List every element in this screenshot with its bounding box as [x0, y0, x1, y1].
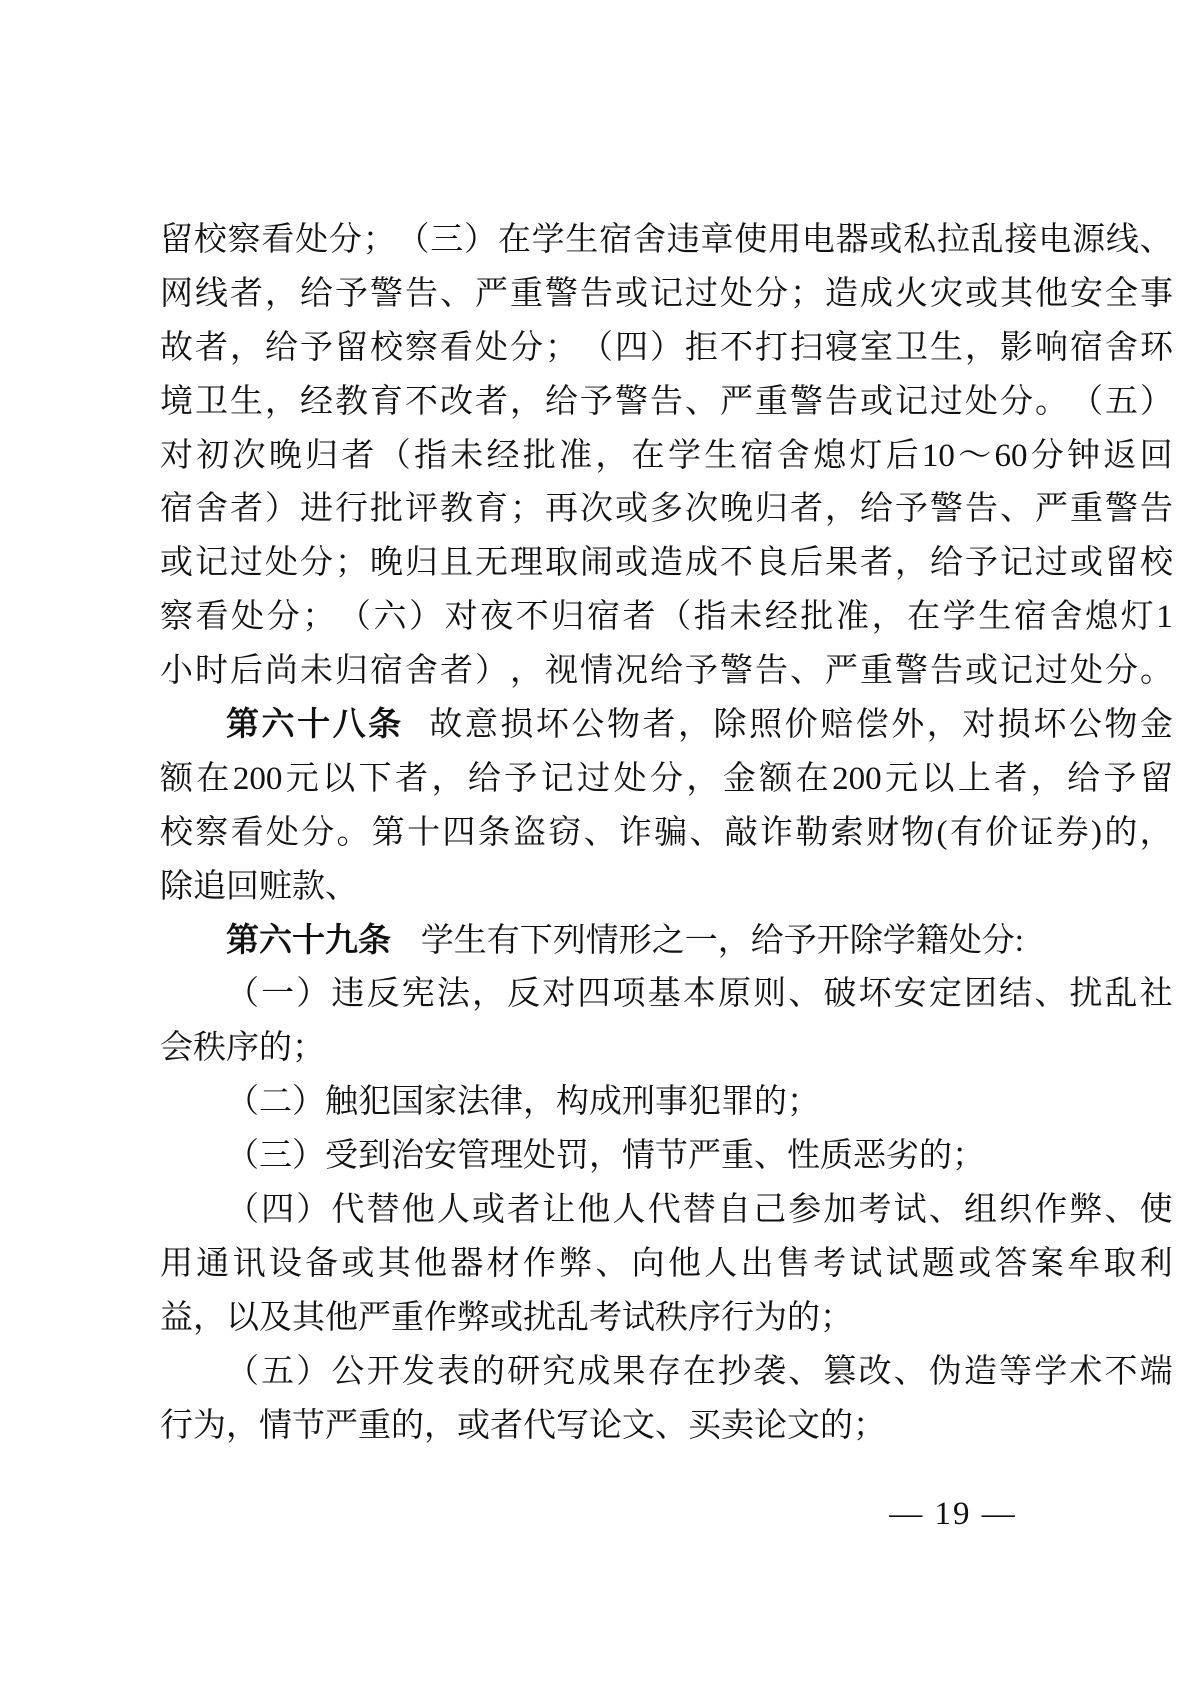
text-run: 价 [785, 699, 818, 753]
text-run: 记 [195, 537, 228, 591]
text-run: ， [1140, 807, 1173, 861]
text-run: 法 [437, 968, 470, 1022]
text-run: 未 [300, 645, 333, 699]
text-run: 无 [475, 537, 508, 591]
text-run: 接 [1005, 214, 1038, 268]
text-run: 宿 [160, 483, 193, 537]
text-run: 不 [720, 322, 753, 376]
text-run: 给 [300, 268, 333, 322]
text-run: 上 [958, 753, 991, 807]
text-run: 给 [468, 753, 501, 807]
text-run: 钟 [1067, 430, 1100, 484]
text-run: 使 [1140, 1184, 1173, 1238]
text-run: 元 [885, 753, 918, 807]
text-run: ， [230, 322, 263, 376]
text-run: 小 [160, 645, 193, 699]
text-run: 晚 [370, 537, 403, 591]
text-run: 回 [1140, 430, 1173, 484]
text-run: 分 [510, 322, 543, 376]
text-run: 宿 [1070, 322, 1103, 376]
page-number: — 19 — [828, 1494, 1078, 1534]
text-run: 公 [331, 1346, 364, 1400]
text-run: 勒 [795, 807, 828, 861]
article-number: 八 [333, 699, 366, 753]
text-run: 生 [230, 376, 263, 430]
text-run: 结 [999, 968, 1032, 1022]
text-run: 、 [788, 1346, 821, 1400]
text-run: 、 [1105, 1184, 1138, 1238]
text-run: 响 [1035, 322, 1068, 376]
text-run: 反 [367, 968, 400, 1022]
text-run: 篡 [823, 1346, 856, 1400]
text-run: 、 [1000, 483, 1033, 537]
text-run: 分 [267, 591, 300, 645]
text-run: 舍 [1105, 322, 1138, 376]
text-run: 育 [475, 483, 508, 537]
text-run: 其 [378, 1238, 411, 1292]
text-run: 室 [860, 322, 893, 376]
text-run: 向 [632, 1238, 665, 1292]
text-run: 出 [741, 1238, 774, 1292]
text-run: 不 [516, 591, 549, 645]
text-run: 灯 [1121, 591, 1154, 645]
text-run: 过 [685, 268, 718, 322]
text-run: 扫 [790, 322, 823, 376]
text-run: 舍 [633, 214, 666, 268]
text-run: 用 [160, 1238, 193, 1292]
text-run: 且 [440, 537, 473, 591]
text-run: 本 [683, 968, 716, 1022]
text-run: 警 [720, 645, 753, 699]
text-run: 准 [836, 591, 869, 645]
text-run: 学 [1034, 1346, 1067, 1400]
text-run: 或 [160, 537, 193, 591]
text-line: （一）违反宪法，反对四项基本原则、破坏安定团结、扰乱社 [160, 968, 1173, 1022]
text-run: 改 [859, 1346, 892, 1400]
text-run: 者 [395, 753, 428, 807]
text-run: 境 [160, 376, 193, 430]
text-run: 校 [370, 322, 403, 376]
text-run: 使 [734, 214, 767, 268]
text-run: 者 [475, 376, 508, 430]
text-run: 舍 [1049, 591, 1082, 645]
text-run: 以 [322, 753, 355, 807]
text-run: 替 [683, 1184, 716, 1238]
text-run: 或 [341, 1238, 374, 1292]
text-run: （二）触犯国家法律，构成刑事犯罪的； [226, 1084, 820, 1120]
text-run: 生 [978, 591, 1011, 645]
text-run: 术 [1069, 1346, 1102, 1400]
text-run: 改 [440, 376, 473, 430]
text-run: 时 [195, 645, 228, 699]
text-run: 抄 [718, 1346, 751, 1400]
text-run: 归 [755, 483, 788, 537]
text-run: ) [1091, 807, 1102, 861]
text-run: ， [872, 591, 905, 645]
text-run: 处 [965, 376, 998, 430]
text-run: 金 [723, 753, 756, 807]
text-run: 牟 [1067, 1238, 1100, 1292]
text-run: ； [510, 483, 543, 537]
text-run: 一 [261, 968, 294, 1022]
text-run: 则 [753, 968, 786, 1022]
text-run: 。 [1140, 645, 1173, 699]
text-run: 归 [335, 645, 368, 699]
text-run: 处 [614, 753, 647, 807]
text-run: 予 [335, 268, 368, 322]
text-run: 经 [487, 430, 520, 484]
text-run: ， [686, 753, 719, 807]
text-run: 试 [886, 1238, 919, 1292]
text-run: 者 [230, 483, 263, 537]
text-run: 或 [869, 214, 902, 268]
text-run: 告 [1140, 483, 1173, 537]
text-run: 予 [504, 753, 537, 807]
text-run: 次 [580, 483, 613, 537]
text-run: 寝 [825, 322, 858, 376]
text-run: 存 [648, 1346, 681, 1400]
text-run: 学 [943, 591, 976, 645]
text-run: 次 [233, 430, 266, 484]
text-run: 成 [860, 268, 893, 322]
text-run: ， [927, 699, 960, 753]
text-run: 尚 [265, 645, 298, 699]
text-run: 宿 [741, 430, 774, 484]
text-run: 看 [261, 214, 294, 268]
text-run: 宿 [599, 214, 632, 268]
text-run: 违 [331, 968, 364, 1022]
text-run: 五 [261, 1346, 294, 1400]
text-run: 、 [790, 645, 823, 699]
text-run: 严 [1035, 483, 1068, 537]
text-run: 在 [196, 753, 229, 807]
text-run: 额 [759, 753, 792, 807]
text-run: 下 [359, 753, 392, 807]
text-run: 记 [541, 753, 574, 807]
text-run: 人 [704, 1238, 737, 1292]
text-run: 五 [1105, 376, 1138, 430]
text-run: 发 [402, 1346, 435, 1400]
text-run: ～ [958, 430, 991, 484]
text-line: 小时后尚未归宿舍者），视情况给予警告、严重警告或记过处分。 [160, 645, 1173, 699]
text-run: 熄 [1085, 591, 1118, 645]
text-run: 后 [230, 645, 263, 699]
text-run: 人 [437, 1184, 470, 1238]
text-run: 告 [825, 376, 858, 430]
text-run: 益，以及其他严重作弊或扰乱考试秩序行为的； [160, 1300, 853, 1336]
text-run: 过 [1035, 537, 1068, 591]
text-run: 予 [965, 537, 998, 591]
text-line: 额在200元以下者，给予记过处分，金额在200元以上者，给予留 [160, 753, 1173, 807]
text-run: 过 [230, 537, 263, 591]
text-run: 乱 [1105, 968, 1138, 1022]
text-run: 外 [891, 699, 924, 753]
text-run: 宿 [370, 645, 403, 699]
text-run: 案 [1031, 1238, 1064, 1292]
text-run: 物 [901, 807, 934, 861]
text-run: 况 [615, 645, 648, 699]
text-run: 返 [1103, 430, 1136, 484]
text-run: 在 [632, 430, 665, 484]
text-run: 分 [755, 268, 788, 322]
text-line: （二）触犯国家法律，构成刑事犯罪的； [160, 1076, 1173, 1130]
text-run: 生 [930, 322, 963, 376]
text-run: 处 [1070, 645, 1103, 699]
text-run: 表 [437, 1346, 470, 1400]
text-run: ） [650, 322, 683, 376]
text-run: 章 [701, 214, 734, 268]
text-run: 记 [1000, 537, 1033, 591]
text-run: 校 [194, 214, 227, 268]
text-run: 记 [650, 268, 683, 322]
document-body: 留校察看处分；（三）在学生宿舍违章使用电器或私拉乱接电源线、网线者，给予警告、严… [160, 214, 1173, 1453]
text-run: 多 [650, 483, 683, 537]
text-run: 行为，情节严重的，或者代写论文、买卖论文的； [160, 1408, 886, 1444]
text-run: 作 [1034, 1184, 1067, 1238]
text-run: 电 [802, 214, 835, 268]
text-run: 试 [894, 1184, 927, 1238]
text-run: 开 [367, 1346, 400, 1400]
text-run: 照 [749, 699, 782, 753]
text-run: 给 [860, 483, 893, 537]
text-run: 坏 [536, 699, 569, 753]
text-run: ， [510, 645, 543, 699]
text-run: 留 [335, 322, 368, 376]
text-run: 线 [195, 268, 228, 322]
text-run: 归 [551, 591, 584, 645]
text-run: ； [302, 591, 335, 645]
text-run: 除 [714, 699, 747, 753]
text-run: 打 [755, 322, 788, 376]
text-run: 者 [195, 322, 228, 376]
text-run: 育 [370, 376, 403, 430]
text-run: 灾 [930, 268, 963, 322]
text-run: 初 [196, 430, 229, 484]
text-run: 考 [859, 1184, 892, 1238]
text-run: ） [296, 1184, 329, 1238]
text-run: 基 [648, 968, 681, 1022]
text-run: 代 [648, 1184, 681, 1238]
text-run: 社 [1140, 968, 1173, 1022]
text-run: 项 [613, 968, 646, 1022]
text-run: 对 [962, 699, 995, 753]
text-run: 看 [231, 807, 264, 861]
text-run: 他 [402, 1184, 435, 1238]
text-line: 对初次晚归者（指未经批准，在学生宿舍熄灯后10～60分钟返回 [160, 430, 1173, 484]
text-run: 处 [265, 537, 298, 591]
text-run: 会秩序的； [160, 1030, 325, 1066]
text-run: 己 [753, 1184, 786, 1238]
text-run: 熄 [813, 430, 846, 484]
text-run: 生 [704, 430, 737, 484]
text-run: 答 [994, 1238, 1027, 1292]
text-run: ； [790, 268, 823, 322]
text-run: 警 [370, 268, 403, 322]
text-run: 或 [958, 1238, 991, 1292]
text-run: 在 [796, 753, 829, 807]
text-run: ） [409, 591, 442, 645]
text-run: 损 [500, 699, 533, 753]
text-run: 影 [1000, 322, 1033, 376]
text-run: 器 [450, 1238, 483, 1292]
text-run: 闹 [580, 537, 613, 591]
text-run: 察 [228, 214, 261, 268]
text-run: 伪 [929, 1346, 962, 1400]
text-run: 题 [922, 1238, 955, 1292]
text-run: （三）受到治安管理处罚，情节严重、性质恶劣的； [226, 1138, 985, 1174]
article-number: 第六十九条 [226, 923, 391, 959]
text-run: 给 [930, 537, 963, 591]
text-run: 骗 [654, 807, 687, 861]
text-line: 用通讯设备或其他器材作弊、向他人出售考试试题或答案牟取利 [160, 1238, 1173, 1292]
text-run: 诈 [619, 807, 652, 861]
text-run: 成 [685, 537, 718, 591]
text-run: 四 [577, 968, 610, 1022]
text-run: 者 [507, 1184, 540, 1238]
text-run: 学生有下列情形之一，给予开除学籍处分: [421, 923, 1024, 959]
text-run: 券 [1056, 807, 1089, 861]
text-run: 取 [1103, 1238, 1136, 1292]
text-run: 未 [729, 591, 762, 645]
text-run: 再 [545, 483, 578, 537]
text-run: 分 [650, 753, 683, 807]
text-run: 给 [650, 645, 683, 699]
text-run: 六 [373, 591, 406, 645]
text-run: 10 [922, 430, 955, 484]
text-line: 或记过处分；晚归且无理取闹或造成不良后果者，给予记过或留校 [160, 537, 1173, 591]
text-run: ( [937, 807, 948, 861]
text-run: 留 [1140, 753, 1173, 807]
text-run: 通 [196, 1238, 229, 1292]
text-run: 造 [825, 268, 858, 322]
text-run: 代 [331, 1184, 364, 1238]
text-run: 试 [849, 1238, 882, 1292]
text-run: 经 [300, 376, 333, 430]
text-run: 十 [407, 807, 440, 861]
text-run: 组 [964, 1184, 997, 1238]
text-run: 坏 [1033, 699, 1066, 753]
text-run: 60 [994, 430, 1027, 484]
text-run: ； [335, 537, 368, 591]
text-run: 、 [685, 376, 718, 430]
text-run: ； [363, 214, 396, 268]
text-run: 留 [1105, 537, 1138, 591]
text-run: 违 [667, 214, 700, 268]
text-run: 、 [595, 1238, 628, 1292]
text-run: 严 [475, 268, 508, 322]
text-run: 意 [465, 699, 498, 753]
text-run: 备 [305, 1238, 338, 1292]
text-run: 宿 [587, 591, 620, 645]
text-run: 舍 [777, 430, 810, 484]
text-line: （五）公开发表的研究成果存在抄袭、篡改、伪造等学术不端 [160, 1346, 1173, 1400]
text-run: 分 [1000, 376, 1033, 430]
text-run: 安 [894, 968, 927, 1022]
text-run: 加 [823, 1184, 856, 1238]
text-run: 处 [231, 591, 264, 645]
text-run: 端 [1140, 1346, 1173, 1400]
text-run: 额 [160, 753, 193, 807]
text-run: 火 [895, 268, 928, 322]
text-run: 良 [755, 537, 788, 591]
text-run: 理 [510, 537, 543, 591]
text-run: 指 [694, 591, 727, 645]
text-run: 设 [269, 1238, 302, 1292]
text-run: （ [580, 322, 613, 376]
text-run: 察 [195, 807, 228, 861]
text-run: 织 [999, 1184, 1032, 1238]
text-run: 他 [414, 1238, 447, 1292]
text-run: 经 [765, 591, 798, 645]
text-run: 事 [1140, 268, 1173, 322]
text-run: 校 [160, 807, 193, 861]
text-run: 灯 [849, 430, 882, 484]
text-line: （三）受到治安管理处罚，情节严重、性质恶劣的； [160, 1130, 1173, 1184]
text-run: 金 [1140, 699, 1173, 753]
text-line: 宿舍者）进行批评教育；再次或多次晚归者，给予警告、严重警告 [160, 483, 1173, 537]
text-run: 警 [790, 376, 823, 430]
text-run: 全 [1105, 268, 1138, 322]
text-run: 视 [545, 645, 578, 699]
article-number: 条 [368, 699, 401, 753]
text-run: 处 [720, 268, 753, 322]
text-line: 留校察看处分；（三）在学生宿舍违章使用电器或私拉乱接电源线、 [160, 214, 1173, 268]
text-run: （ [226, 968, 259, 1022]
text-run: 拉 [937, 214, 970, 268]
text-run: 诈 [760, 807, 793, 861]
text-run: 自 [718, 1184, 751, 1238]
text-run: 者 [860, 537, 893, 591]
text-run: 考 [813, 1238, 846, 1292]
text-line: 第六十九条学生有下列情形之一，给予开除学籍处分: [160, 915, 1173, 969]
text-run: （ [226, 1346, 259, 1400]
text-run: 给 [1067, 753, 1100, 807]
text-run: 察 [160, 591, 193, 645]
text-run: 行 [335, 483, 368, 537]
text-run: 过 [577, 753, 610, 807]
article-number: 六 [262, 699, 295, 753]
text-run: 情 [580, 645, 613, 699]
text-run: 以 [921, 753, 954, 807]
text-run: 分 [1031, 430, 1064, 484]
text-run: 舍 [195, 483, 228, 537]
text-run: 三 [430, 214, 463, 268]
text-run: 袭 [753, 1346, 786, 1400]
text-run: 故 [160, 322, 193, 376]
text-run: 定 [929, 968, 962, 1022]
text-run: 源 [1072, 214, 1105, 268]
text-run: 研 [507, 1346, 540, 1400]
text-run: 他 [1035, 268, 1068, 322]
text-run: 记 [895, 376, 928, 430]
text-run: ） [475, 645, 508, 699]
text-run: 告 [580, 268, 613, 322]
text-run: 安 [1070, 268, 1103, 322]
text-run: 不 [720, 537, 753, 591]
text-run: 元 [286, 753, 319, 807]
text-run: 或 [965, 268, 998, 322]
text-run: 次 [685, 483, 718, 537]
text-run: 。 [1035, 376, 1068, 430]
text-run: 晚 [720, 483, 753, 537]
text-run: 替 [367, 1184, 400, 1238]
text-run: 、 [894, 1346, 927, 1400]
text-run: 四 [442, 807, 475, 861]
article-number: 第 [226, 699, 259, 753]
text-run: 或 [965, 645, 998, 699]
text-run: 讯 [233, 1238, 266, 1292]
text-run: 赔 [820, 699, 853, 753]
